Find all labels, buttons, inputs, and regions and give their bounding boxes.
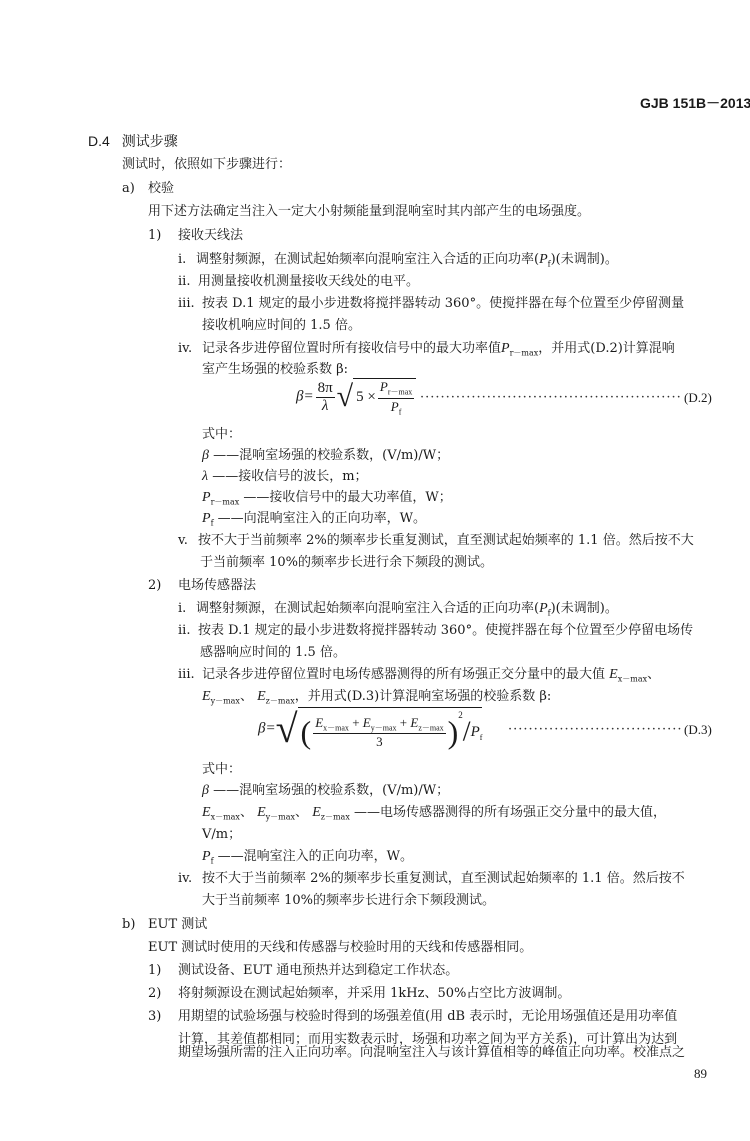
step-text: 按表 D.1 规定的最小步进数将搅拌器转动 360°。使搅拌器在每个位置至少停留… bbox=[202, 296, 684, 311]
symbol-sub: y－max bbox=[266, 813, 295, 822]
part-b-label: b) bbox=[122, 915, 148, 935]
sqrt-icon: √ bbox=[337, 380, 353, 413]
standard-code: GJB 151B－2013 bbox=[640, 93, 750, 113]
step-label: ii. bbox=[178, 621, 198, 641]
den-var: P bbox=[391, 399, 399, 414]
where-item: λ ——接收信号的波长，m； bbox=[202, 467, 368, 487]
method2-label: 2) bbox=[148, 576, 178, 596]
step-text: ，并用式(D.2)计算混响 bbox=[538, 341, 675, 356]
var-E: E bbox=[257, 689, 266, 704]
step-label: 1) bbox=[148, 961, 178, 981]
step-label: 3) bbox=[148, 1007, 178, 1027]
step-label: v. bbox=[178, 531, 198, 551]
var-sub: z－max bbox=[266, 697, 295, 706]
num-var: P bbox=[380, 379, 388, 394]
part-a-heading: a)校验 bbox=[122, 179, 174, 199]
mean-fraction: Ex－max + Ey－max + Ez－max3 bbox=[313, 715, 445, 751]
part-b-heading: b)EUT 测试 bbox=[122, 915, 207, 935]
symbol: β bbox=[202, 783, 209, 798]
b-step-3-cont: 期望场强所需的注入正向功率。向混响室注入与该计算值相等的峰值正向功率。校准点之 bbox=[178, 1043, 685, 1063]
equation-number: (D.2) bbox=[684, 390, 712, 406]
num-sub: z－max bbox=[418, 723, 443, 732]
symbol: P bbox=[202, 849, 211, 864]
m2-step-i: i.调整射频源，在测试起始频率向混响室注入合适的正向功率(Pf)(未调制)。 bbox=[178, 599, 618, 624]
where-item: Pf ——混响室注入的正向功率，W。 bbox=[202, 847, 413, 872]
m1-step-v: v.按不大于当前频率 2%的频率步长重复测试，直至测试起始频率的 1.1 倍。然… bbox=[178, 531, 694, 551]
step-text: 测试设备、EUT 通电预热并达到稳定工作状态。 bbox=[178, 963, 458, 978]
step-text: )(未调制)。 bbox=[551, 601, 618, 616]
b-step-3: 3)用期望的试验场强与校验时得到的场强差值(用 dB 表示时，无论用场强值还是用… bbox=[148, 1007, 677, 1027]
formula-d3: β=√(Ex－max + Ey－max + Ez－max3)2/Pf bbox=[258, 707, 482, 751]
where-label: 式中： bbox=[202, 760, 241, 780]
m2-step-ii: ii.按表 D.1 规定的最小步进数将搅拌器转动 360°。使搅拌器在每个位置至… bbox=[178, 621, 693, 641]
m1-step-iii-cont: 接收机响应时间的 1.5 倍。 bbox=[202, 316, 361, 336]
section-heading: D.4测试步骤 bbox=[88, 131, 178, 151]
b-step-2: 2)将射频源设在测试起始频率，并采用 1kHz、50%占空比方波调制。 bbox=[148, 984, 570, 1004]
method2-heading: 2)电场传感器法 bbox=[148, 576, 256, 596]
part-a-label: a) bbox=[122, 179, 148, 199]
where-item-cont: V/m； bbox=[202, 825, 241, 845]
coef-num: 8π bbox=[316, 380, 335, 398]
paren-open: ( bbox=[301, 714, 312, 750]
step-text: )(未调制)。 bbox=[551, 252, 618, 267]
part-b-desc: EUT 测试时使用的天线和传感器与校验时用的天线和传感器相同。 bbox=[148, 938, 532, 958]
step-label: i. bbox=[178, 250, 196, 270]
num-sub: r－max bbox=[388, 388, 412, 397]
page-number: 89 bbox=[694, 1066, 707, 1082]
where-item: Ex－max、 Ey－max、 Ez－max ——电场传感器测得的所有场强正交分… bbox=[202, 803, 666, 828]
step-text: 按不大于当前频率 2%的频率步长重复测试，直至测试起始频率的 1.1 倍。然后按… bbox=[198, 533, 694, 548]
m1-step-iii: iii.按表 D.1 规定的最小步进数将搅拌器转动 360°。使搅拌器在每个位置… bbox=[178, 294, 684, 314]
symbol: P bbox=[202, 490, 211, 505]
m1-step-iv-cont: 室产生场强的校验系数 β: bbox=[202, 360, 348, 380]
symbol-desc: ——接收信号的波长，m； bbox=[212, 469, 367, 484]
m2-step-iv: iv.按不大于当前频率 2%的频率步长重复测试，直至测试起始频率的 1.1 倍。… bbox=[178, 869, 685, 889]
step-label: iii. bbox=[178, 665, 202, 685]
symbol-sub: f bbox=[211, 857, 214, 866]
formula-lhs: β= bbox=[296, 389, 314, 405]
symbol-sub: z－max bbox=[321, 813, 350, 822]
equation-number: (D.3) bbox=[684, 722, 712, 738]
step-label: iv. bbox=[178, 339, 202, 359]
div-sub: f bbox=[480, 733, 483, 742]
step-text: 将射频源设在测试起始频率，并采用 1kHz、50%占空比方波调制。 bbox=[178, 986, 570, 1001]
method1-heading: 1)接收天线法 bbox=[148, 226, 243, 246]
step-text: 记录各步进停留位置时所有接收信号中的最大功率值 bbox=[202, 341, 501, 356]
leader-dots: ········································… bbox=[420, 390, 682, 405]
step-text: 按不大于当前频率 2%的频率步长重复测试，直至测试起始频率的 1.1 倍。然后按… bbox=[202, 871, 685, 886]
leader-dots: ········································… bbox=[508, 722, 682, 737]
symbol-sub: f bbox=[211, 519, 214, 528]
method2-title: 电场传感器法 bbox=[178, 578, 256, 593]
var-P: P bbox=[539, 252, 548, 267]
part-a-desc: 用下述方法确定当注入一定大小射频能量到混响室时其内部产生的电场强度。 bbox=[148, 202, 590, 222]
num-sub: x－max bbox=[323, 723, 349, 732]
part-b-title: EUT 测试 bbox=[148, 917, 207, 932]
step-text: ，并用式(D.3)计算混响室场强的校验系数 β: bbox=[295, 689, 552, 704]
symbol-desc: ——混响室场强的校验系数，(V/m)/W； bbox=[213, 448, 449, 463]
inner-factor: 5 × bbox=[356, 389, 376, 405]
step-label: ii. bbox=[178, 272, 198, 292]
formula-d2: β=8πλ√5 ×Pr－maxPf bbox=[296, 378, 416, 416]
var-sub: y－max bbox=[211, 697, 240, 706]
intro-text: 测试时，依照如下步骤进行： bbox=[122, 155, 291, 175]
symbol-sub: r－max bbox=[211, 498, 240, 507]
m2-step-iii: iii.记录各步进停留位置时电场传感器测得的所有场强正交分量中的最大值 Ex－m… bbox=[178, 665, 660, 690]
var-P: P bbox=[501, 341, 510, 356]
where-label: 式中： bbox=[202, 425, 241, 445]
sqrt-body: (Ex－max + Ey－max + Ez－max3)2/Pf bbox=[298, 707, 483, 751]
den: 3 bbox=[313, 734, 445, 750]
coef-den: λ bbox=[316, 398, 335, 415]
coef-fraction: 8πλ bbox=[316, 380, 335, 415]
step-label: i. bbox=[178, 599, 196, 619]
step-text: 记录各步进停留位置时电场传感器测得的所有场强正交分量中的最大值 bbox=[202, 667, 605, 682]
symbol-desc: ——混响室注入的正向功率，W。 bbox=[218, 849, 413, 864]
symbol-desc: ——接收信号中的最大功率值，W； bbox=[243, 490, 451, 505]
step-label: iii. bbox=[178, 294, 202, 314]
var-P: P bbox=[539, 601, 548, 616]
m1-step-v-cont: 于当前频率 10%的频率步长进行余下频段的测试。 bbox=[200, 553, 493, 573]
var-sub: r－max bbox=[510, 349, 539, 358]
sqrt-icon: √ bbox=[276, 706, 298, 751]
symbol-desc: ——电场传感器测得的所有场强正交分量中的最大值， bbox=[354, 805, 666, 820]
method1-title: 接收天线法 bbox=[178, 228, 243, 243]
symbol: P bbox=[202, 511, 211, 526]
where-item: β ——混响室场强的校验系数，(V/m)/W； bbox=[202, 781, 449, 801]
step-text: 按表 D.1 规定的最小步进数将搅拌器转动 360°。使搅拌器在每个位置至少停留… bbox=[198, 623, 693, 638]
symbol: β bbox=[202, 448, 209, 463]
part-a-title: 校验 bbox=[148, 181, 174, 196]
paren-close: ) bbox=[448, 714, 459, 750]
div-var: P bbox=[471, 724, 480, 740]
formula-lhs: β= bbox=[258, 720, 276, 736]
m1-step-ii: ii.用测量接收机测量接收天线处的电平。 bbox=[178, 272, 419, 292]
section-number: D.4 bbox=[88, 133, 110, 149]
step-text: 调整射频源，在测试起始频率向混响室注入合适的正向功率( bbox=[196, 601, 539, 616]
den-sub: f bbox=[399, 407, 402, 416]
b-step-1: 1)测试设备、EUT 通电预热并达到稳定工作状态。 bbox=[148, 961, 458, 981]
step-text: 用期望的试验场强与校验时得到的场强差值(用 dB 表示时，无论用场强值还是用功率… bbox=[178, 1009, 677, 1024]
m1-step-i: i.调整射频源，在测试起始频率向混响室注入合适的正向功率(Pf)(未调制)。 bbox=[178, 250, 618, 275]
section-title: 测试步骤 bbox=[122, 134, 178, 150]
symbol-desc: ——向混响室注入的正向功率，W。 bbox=[218, 511, 426, 526]
where-item: Pf ——向混响室注入的正向功率，W。 bbox=[202, 509, 426, 534]
num-sub: y－max bbox=[371, 723, 397, 732]
sqrt-body: 5 ×Pr－maxPf bbox=[353, 378, 416, 416]
var-E: E bbox=[202, 689, 211, 704]
step-label: 2) bbox=[148, 984, 178, 1004]
m2-step-iv-cont: 大于当前频率 10%的频率步长进行余下频段测试。 bbox=[202, 891, 495, 911]
symbol: λ bbox=[202, 469, 208, 484]
method1-label: 1) bbox=[148, 226, 178, 246]
symbol-desc: ——混响室场强的校验系数，(V/m)/W； bbox=[213, 783, 449, 798]
power-fraction: Pr－maxPf bbox=[378, 379, 414, 416]
step-text: 调整射频源，在测试起始频率向混响室注入合适的正向功率( bbox=[196, 252, 539, 267]
step-label: iv. bbox=[178, 869, 202, 889]
var-E: E bbox=[609, 667, 618, 682]
step-text: 用测量接收机测量接收天线处的电平。 bbox=[198, 274, 419, 289]
symbol-sub: x－max bbox=[211, 813, 240, 822]
var-sub: x－max bbox=[618, 675, 647, 684]
m2-step-ii-cont: 感器响应时间的 1.5 倍。 bbox=[200, 643, 346, 663]
slash: / bbox=[463, 717, 471, 748]
where-item: β ——混响室场强的校验系数，(V/m)/W； bbox=[202, 446, 449, 466]
